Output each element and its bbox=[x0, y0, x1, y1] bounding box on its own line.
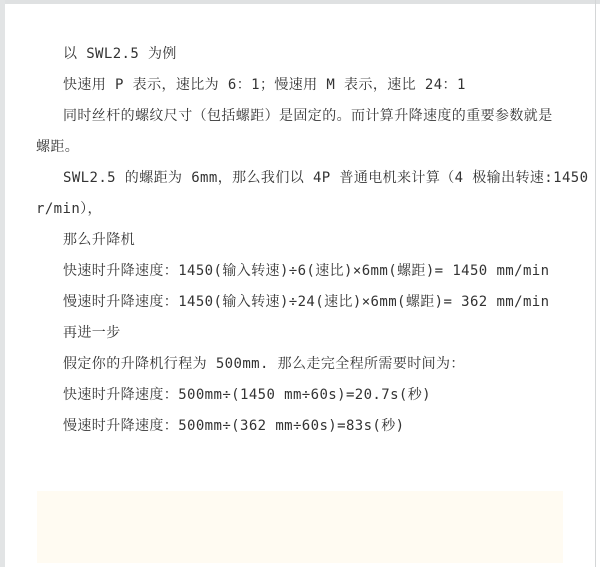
page-right-edge bbox=[595, 0, 596, 567]
text-line: r/min）， bbox=[36, 194, 576, 225]
window-edge-top bbox=[0, 0, 600, 4]
text-line: 以 SWL2.5 为例 bbox=[36, 39, 576, 70]
window-edge-left bbox=[0, 0, 5, 567]
document-text: 以 SWL2.5 为例 快速用 P 表示，速比为 6：1；慢速用 M 表示，速比… bbox=[36, 39, 576, 442]
text-line: 快速时升降速度：1450(输入转速)÷6(速比)×6mm(螺距)= 1450 m… bbox=[36, 256, 576, 287]
text-line: 螺距。 bbox=[36, 132, 576, 163]
highlighted-block bbox=[37, 491, 563, 563]
document-viewer: 以 SWL2.5 为例 快速用 P 表示，速比为 6：1；慢速用 M 表示，速比… bbox=[0, 0, 600, 567]
text-line: 那么升降机 bbox=[36, 225, 576, 256]
text-line: 快速时升降速度：500mm÷(1450 mm÷60s)=20.7s(秒) bbox=[36, 380, 576, 411]
text-line: SWL2.5 的螺距为 6mm，那么我们以 4P 普通电机来计算（4 极输出转速… bbox=[36, 163, 576, 194]
document-page: 以 SWL2.5 为例 快速用 P 表示，速比为 6：1；慢速用 M 表示，速比… bbox=[5, 4, 595, 567]
text-line: 再进一步 bbox=[36, 318, 576, 349]
text-line: 同时丝杆的螺纹尺寸（包括螺距）是固定的。而计算升降速度的重要参数就是 bbox=[36, 101, 576, 132]
text-line: 假定你的升降机行程为 500mm. 那么走完全程所需要时间为： bbox=[36, 349, 576, 380]
text-line: 快速用 P 表示，速比为 6：1；慢速用 M 表示，速比 24：1 bbox=[36, 70, 576, 101]
text-line: 慢速时升降速度：1450(输入转速)÷24(速比)×6mm(螺距)= 362 m… bbox=[36, 287, 576, 318]
text-line: 慢速时升降速度：500mm÷(362 mm÷60s)=83s(秒) bbox=[36, 411, 576, 442]
